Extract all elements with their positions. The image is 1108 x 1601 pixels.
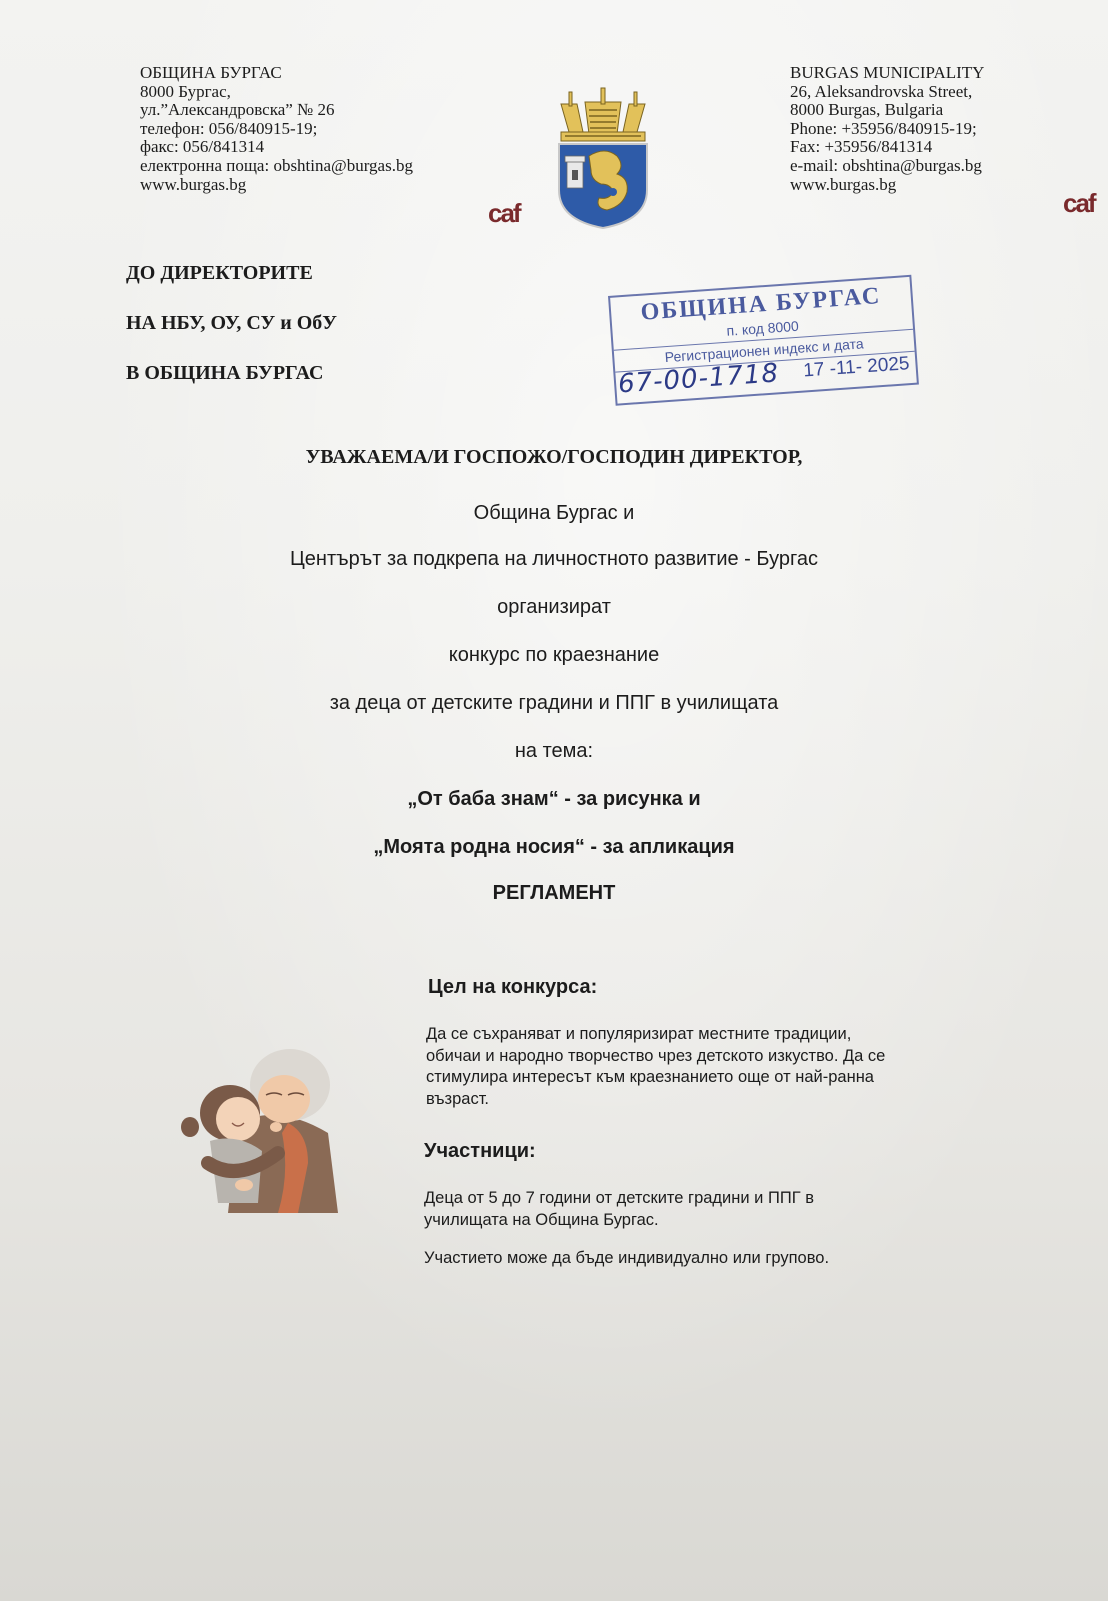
city-en: 8000 Burgas, Bulgaria (790, 101, 984, 120)
body-line: конкурс по краезнание (0, 644, 1108, 667)
goal-heading: Цел на конкурса: (428, 976, 597, 999)
salutation: УВАЖАЕМА/И ГОСПОЖО/ГОСПОДИН ДИРЕКТОР, (0, 446, 1108, 469)
contest-theme-applique: „Моята родна носия“ - за апликация (0, 836, 1108, 859)
municipality-name-bg: ОБЩИНА БУРГАС (140, 64, 413, 83)
fax-en: Fax: +35956/841314 (790, 138, 984, 157)
participation-note: Участието може да бъде индивидуално или … (424, 1248, 829, 1270)
header-right-en: BURGAS MUNICIPALITY 26, Aleksandrovska S… (790, 64, 984, 194)
body-line: организират (0, 596, 1108, 619)
goal-line: възраст. (426, 1089, 986, 1111)
fax-bg: факс: 056/841314 (140, 138, 413, 157)
header-left-bg: ОБЩИНА БУРГАС 8000 Бургас, ул.”Александр… (140, 64, 413, 194)
website-en: www.burgas.bg (790, 176, 984, 195)
phone-bg: телефон: 056/840915-19; (140, 120, 413, 139)
email-bg: електронна поща: obshtina@burgas.bg (140, 157, 413, 176)
caf-logo-icon: caf (488, 198, 520, 229)
participants-line: Деца от 5 до 7 години от детските градин… (424, 1188, 944, 1210)
street-bg: ул.”Александровска” № 26 (140, 101, 413, 120)
grandmother-hugging-child-illustration (178, 1033, 348, 1213)
email-en: e-mail: obshtina@burgas.bg (790, 157, 984, 176)
phone-en: Phone: +35956/840915-19; (790, 120, 984, 139)
caf-logo-icon: caf (1063, 188, 1095, 219)
body-line: Община Бургас и (0, 502, 1108, 525)
goal-line: Да се съхраняват и популяризират местнит… (426, 1024, 986, 1046)
regulation-title: РЕГЛАМЕНТ (0, 882, 1108, 905)
municipality-name-en: BURGAS MUNICIPALITY (790, 64, 984, 83)
addressee-line-2: НА НБУ, ОУ, СУ и ОбУ (126, 312, 337, 335)
street-en: 26, Aleksandrovska Street, (790, 83, 984, 102)
goal-text: Да се съхраняват и популяризират местнит… (426, 1024, 986, 1110)
participants-heading: Участници: (424, 1140, 536, 1163)
website-bg: www.burgas.bg (140, 176, 413, 195)
city-bg: 8000 Бургас, (140, 83, 413, 102)
addressee-line-1: ДО ДИРЕКТОРИТЕ (126, 262, 313, 285)
participants-text: Деца от 5 до 7 години от детските градин… (424, 1188, 944, 1231)
goal-line: стимулира интересът към краезнанието още… (426, 1067, 986, 1089)
goal-line: обичаи и народно творчество чрез детскот… (426, 1046, 986, 1068)
body-line: за деца от детските градини и ППГ в учил… (0, 692, 1108, 715)
participants-line: училищата на Община Бургас. (424, 1210, 944, 1232)
burgas-coat-of-arms-icon (555, 82, 651, 230)
contest-theme-drawing: „От баба знам“ - за рисунка и (0, 788, 1108, 811)
registration-stamp: ОБЩИНА БУРГАС п. код 8000 Регистрационен… (608, 275, 919, 406)
body-line: Центърът за подкрепа на личностното разв… (0, 548, 1108, 571)
addressee-line-3: В ОБЩИНА БУРГАС (126, 362, 324, 385)
body-line: на тема: (0, 740, 1108, 763)
